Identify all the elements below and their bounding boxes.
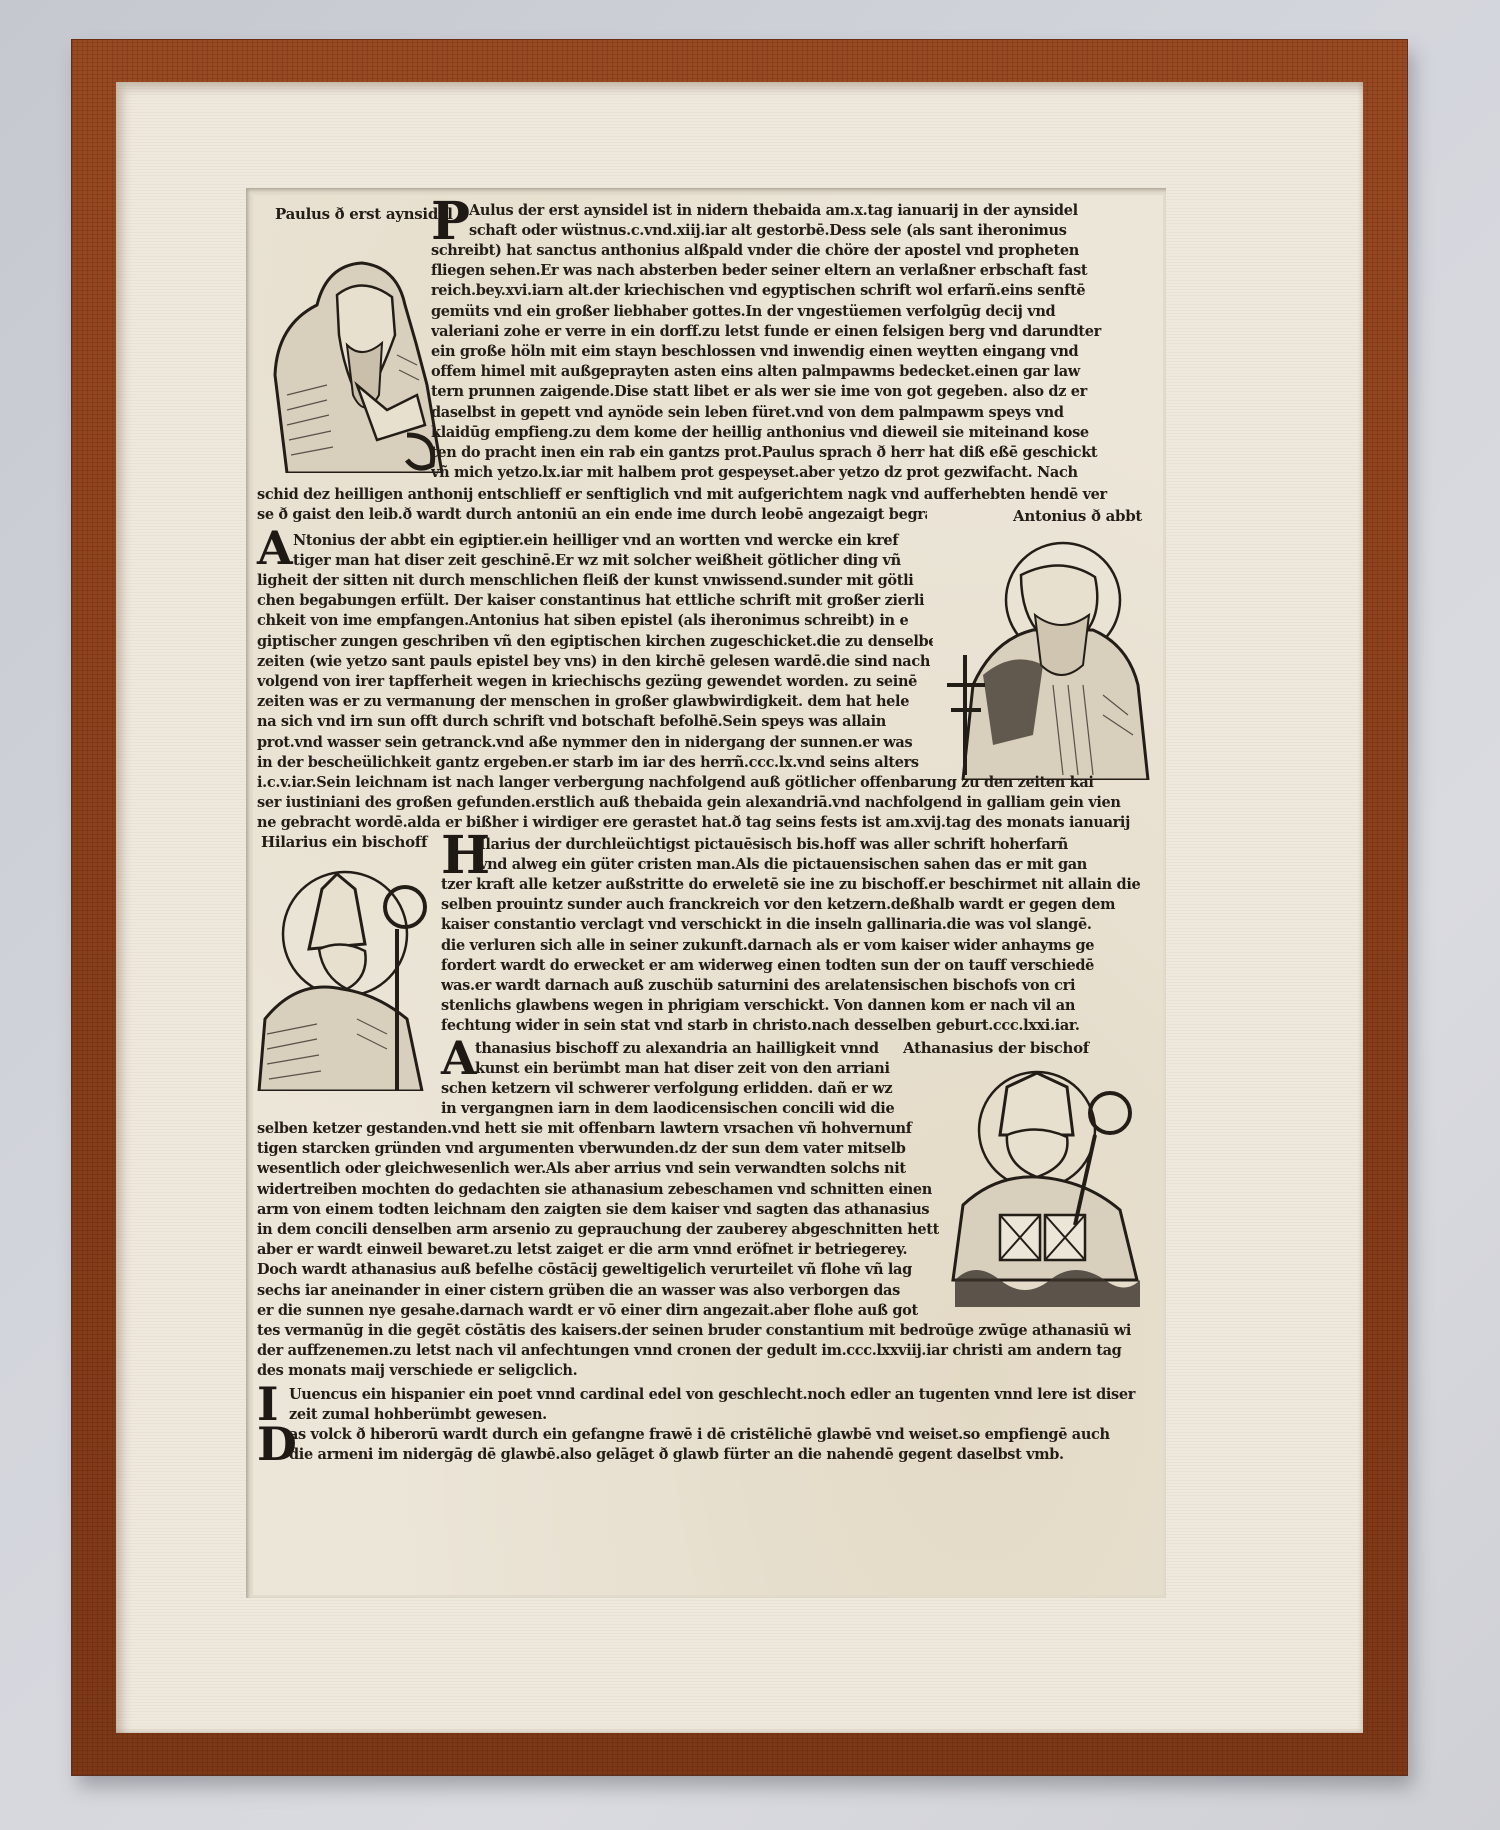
text-line: kunst ein berümbt man hat diser zeit von…	[475, 1059, 895, 1079]
text-line: daselbst in gepett vnd aynöde sein leben…	[431, 403, 1157, 423]
text-line: ten do pracht inen ein rab ein gantzs pr…	[431, 443, 1157, 463]
text-line: gemüts vnd ein großer liebhaber gottes.I…	[431, 302, 1157, 322]
initial-antonius: A	[257, 527, 293, 569]
woodcut-paulus	[267, 235, 447, 473]
text-line: ligheit der sitten nit durch menschliche…	[257, 571, 933, 591]
text-line: reich.bey.xvi.iarn alt.der kriechischen …	[431, 281, 1157, 301]
text-line: zeiten (wie yetzo sant pauls epistel bey…	[257, 652, 933, 672]
text-line: widertreiben mochten do gedachten sie at…	[257, 1180, 939, 1200]
text-line: aber er wardt einweil bewaret.zu letst z…	[257, 1240, 939, 1260]
text-line: er die sunnen nye gesahe.darnach wardt e…	[257, 1301, 939, 1321]
text-line: thanasius bischoff zu alexandria an hail…	[475, 1039, 895, 1059]
text-line: zeiten was er zu vermanung der menschen …	[257, 692, 933, 712]
text-line: stenlichs glawbens wegen in phrigiam ver…	[441, 996, 1159, 1016]
text-hilarius-head: Ilarius der durchleüchtigst pictauēsisch…	[479, 835, 1159, 875]
text-line: fordert wardt do erwecket er am widerweg…	[441, 956, 1159, 976]
text-line: schid dez heilligen anthonij entschlieff…	[257, 485, 1157, 505]
text-iuvencus: Uuencus ein hispanier ein poet vnnd card…	[289, 1385, 1157, 1425]
bishop-with-book-icon	[945, 1065, 1157, 1307]
text-line: prot.vnd wasser sein getranck.vnd aße ny…	[257, 733, 933, 753]
text-athanasius-head: thanasius bischoff zu alexandria an hail…	[475, 1039, 895, 1079]
text-line: was.er wardt darnach auß zuschüb saturni…	[441, 976, 1159, 996]
text-hilarius-body: tzer kraft alle ketzer außstritte do erw…	[441, 875, 1159, 1037]
woodcut-hilarius	[257, 859, 442, 1091]
text-line: tern prunnen zaigende.Dise statt libet e…	[431, 382, 1157, 402]
text-line: giptischer zungen geschriben vñ den egip…	[257, 632, 933, 652]
text-line: schaft oder wüstnus.c.vnd.xiij.iar alt g…	[469, 221, 1157, 241]
text-line: chkeit von ime empfangen.Antonius hat si…	[257, 611, 933, 631]
hermit-portrait-icon	[267, 235, 447, 473]
text-line: Aulus der erst aynsidel ist in nidern th…	[469, 201, 1157, 221]
text-line: ein große höln mit eim stayn beschlossen…	[431, 342, 1157, 362]
text-athanasius-tail: tes vermanūg in die gegēt cōstātis des k…	[257, 1321, 1157, 1382]
text-line: Ntonius der abbt ein egiptier.ein heilli…	[293, 531, 933, 551]
text-line: Uuencus ein hispanier ein poet vnnd card…	[289, 1385, 1157, 1405]
text-line: vnd alweg ein güter cristen man.Als die …	[479, 855, 1159, 875]
text-line: wesentlich oder gleichwesenlich wer.Als …	[257, 1159, 939, 1179]
text-paulus-head: Aulus der erst aynsidel ist in nidern th…	[469, 201, 1157, 241]
initial-paulus: P	[431, 201, 470, 243]
text-line: i.c.v.iar.Sein leichnam ist nach langer …	[257, 773, 1157, 793]
text-line: arm von einem todten leichnam den zaigte…	[257, 1200, 939, 1220]
text-line: kaiser constantio verclagt vnd verschick…	[441, 915, 1159, 935]
text-line: valeriani zohe er verre in ein dorff.zu …	[431, 322, 1157, 342]
text-line: schen ketzern vil schwerer verfolgung er…	[441, 1079, 895, 1099]
text-antonius-head: Ntonius der abbt ein egiptier.ein heilli…	[293, 531, 933, 571]
caption-antonius: Antonius ð abbt	[1013, 507, 1142, 525]
text-line: Doch wardt athanasius auß befelhe cōstāc…	[257, 1260, 939, 1280]
text-line: tzer kraft alle ketzer außstritte do erw…	[441, 875, 1159, 895]
text-line: ne gebracht wordē.alda er bißher i wirdi…	[257, 813, 1157, 833]
text-line: ser iustiniani des großen gefunden.erstl…	[257, 793, 1157, 813]
text-line: Ilarius der durchleüchtigst pictauēsisch…	[479, 835, 1159, 855]
text-line: tigen starcken gründen vnd argumenten vb…	[257, 1139, 939, 1159]
text-line: sechs iar aneinander in einer cistern gr…	[257, 1281, 939, 1301]
text-line: volgend von irer tapfferheit wegen in kr…	[257, 672, 933, 692]
woodcut-antonius	[943, 535, 1158, 780]
text-line: des monats maij verschiede er seligclich…	[257, 1361, 1157, 1381]
text-line: der auffzenemen.zu letst nach vil anfech…	[257, 1341, 1157, 1361]
text-line: se ð gaist den leib.ð wardt durch antoni…	[257, 505, 927, 525]
initial-athanasius: A	[441, 1037, 477, 1079]
text-paulus-body: schreibt) hat sanctus anthonius alßpald …	[431, 241, 1157, 483]
text-line: zeit zumal hohberümbt gewesen.	[289, 1405, 1157, 1425]
text-line: fechtung wider in sein stat vnd starb in…	[441, 1016, 1159, 1036]
caption-hilarius: Hilarius ein bischoff	[261, 833, 427, 851]
text-line: die verluren sich alle in seiner zukunft…	[441, 936, 1159, 956]
text-line: in der bescheülichkeit gantz ergeben.er …	[257, 753, 933, 773]
text-line: na sich vnd irn sun offt durch schrift v…	[257, 712, 933, 732]
text-line: selben prouintz sunder auch franckreich …	[441, 895, 1159, 915]
text-line: tes vermanūg in die gegēt cōstātis des k…	[257, 1321, 1157, 1341]
text-line: klaidūg empfieng.zu dem kome der heillig…	[431, 423, 1157, 443]
caption-paulus: Paulus ð erst aynsidel	[275, 205, 453, 223]
text-line: vñ mich yetzo.lx.iar mit halbem prot ges…	[431, 463, 1157, 483]
text-line: fliegen sehen.Er was nach absterben bede…	[431, 261, 1157, 281]
abbot-portrait-icon	[943, 535, 1158, 780]
text-line: in vergangnen iarn in dem laodicensische…	[441, 1099, 895, 1119]
bishop-portrait-icon	[257, 859, 442, 1091]
text-antonius-body: ligheit der sitten nit durch menschliche…	[257, 571, 933, 773]
text-line: in dem concili denselben arm arsenio zu …	[257, 1220, 939, 1240]
incunable-leaf: Paulus ð erst aynsidel P Aulus der erst …	[253, 195, 1163, 1595]
text-antonius-tail: i.c.v.iar.Sein leichnam ist nach langer …	[257, 773, 1157, 834]
text-line: chen begabungen erfült. Der kaiser const…	[257, 591, 933, 611]
text-line: die armeni im nidergāg dē glawbē.also ge…	[289, 1445, 1157, 1465]
text-line: tiger man hat diser zeit geschinē.Er wz …	[293, 551, 933, 571]
text-hiberi: as volck ð hiberorū wardt durch ein gefa…	[289, 1425, 1157, 1465]
text-athanasius-body-a: schen ketzern vil schwerer verfolgung er…	[441, 1079, 895, 1119]
text-line: offem himel mit außgeprayten asten eins …	[431, 362, 1157, 382]
text-line: schreibt) hat sanctus anthonius alßpald …	[431, 241, 1157, 261]
text-athanasius-body-b: selben ketzer gestanden.vnd hett sie mit…	[257, 1119, 939, 1321]
text-line: selben ketzer gestanden.vnd hett sie mit…	[257, 1119, 939, 1139]
woodcut-athanasius	[945, 1065, 1157, 1307]
caption-athanasius: Athanasius der bischof	[903, 1039, 1089, 1057]
text-line: as volck ð hiberorū wardt durch ein gefa…	[289, 1425, 1157, 1445]
